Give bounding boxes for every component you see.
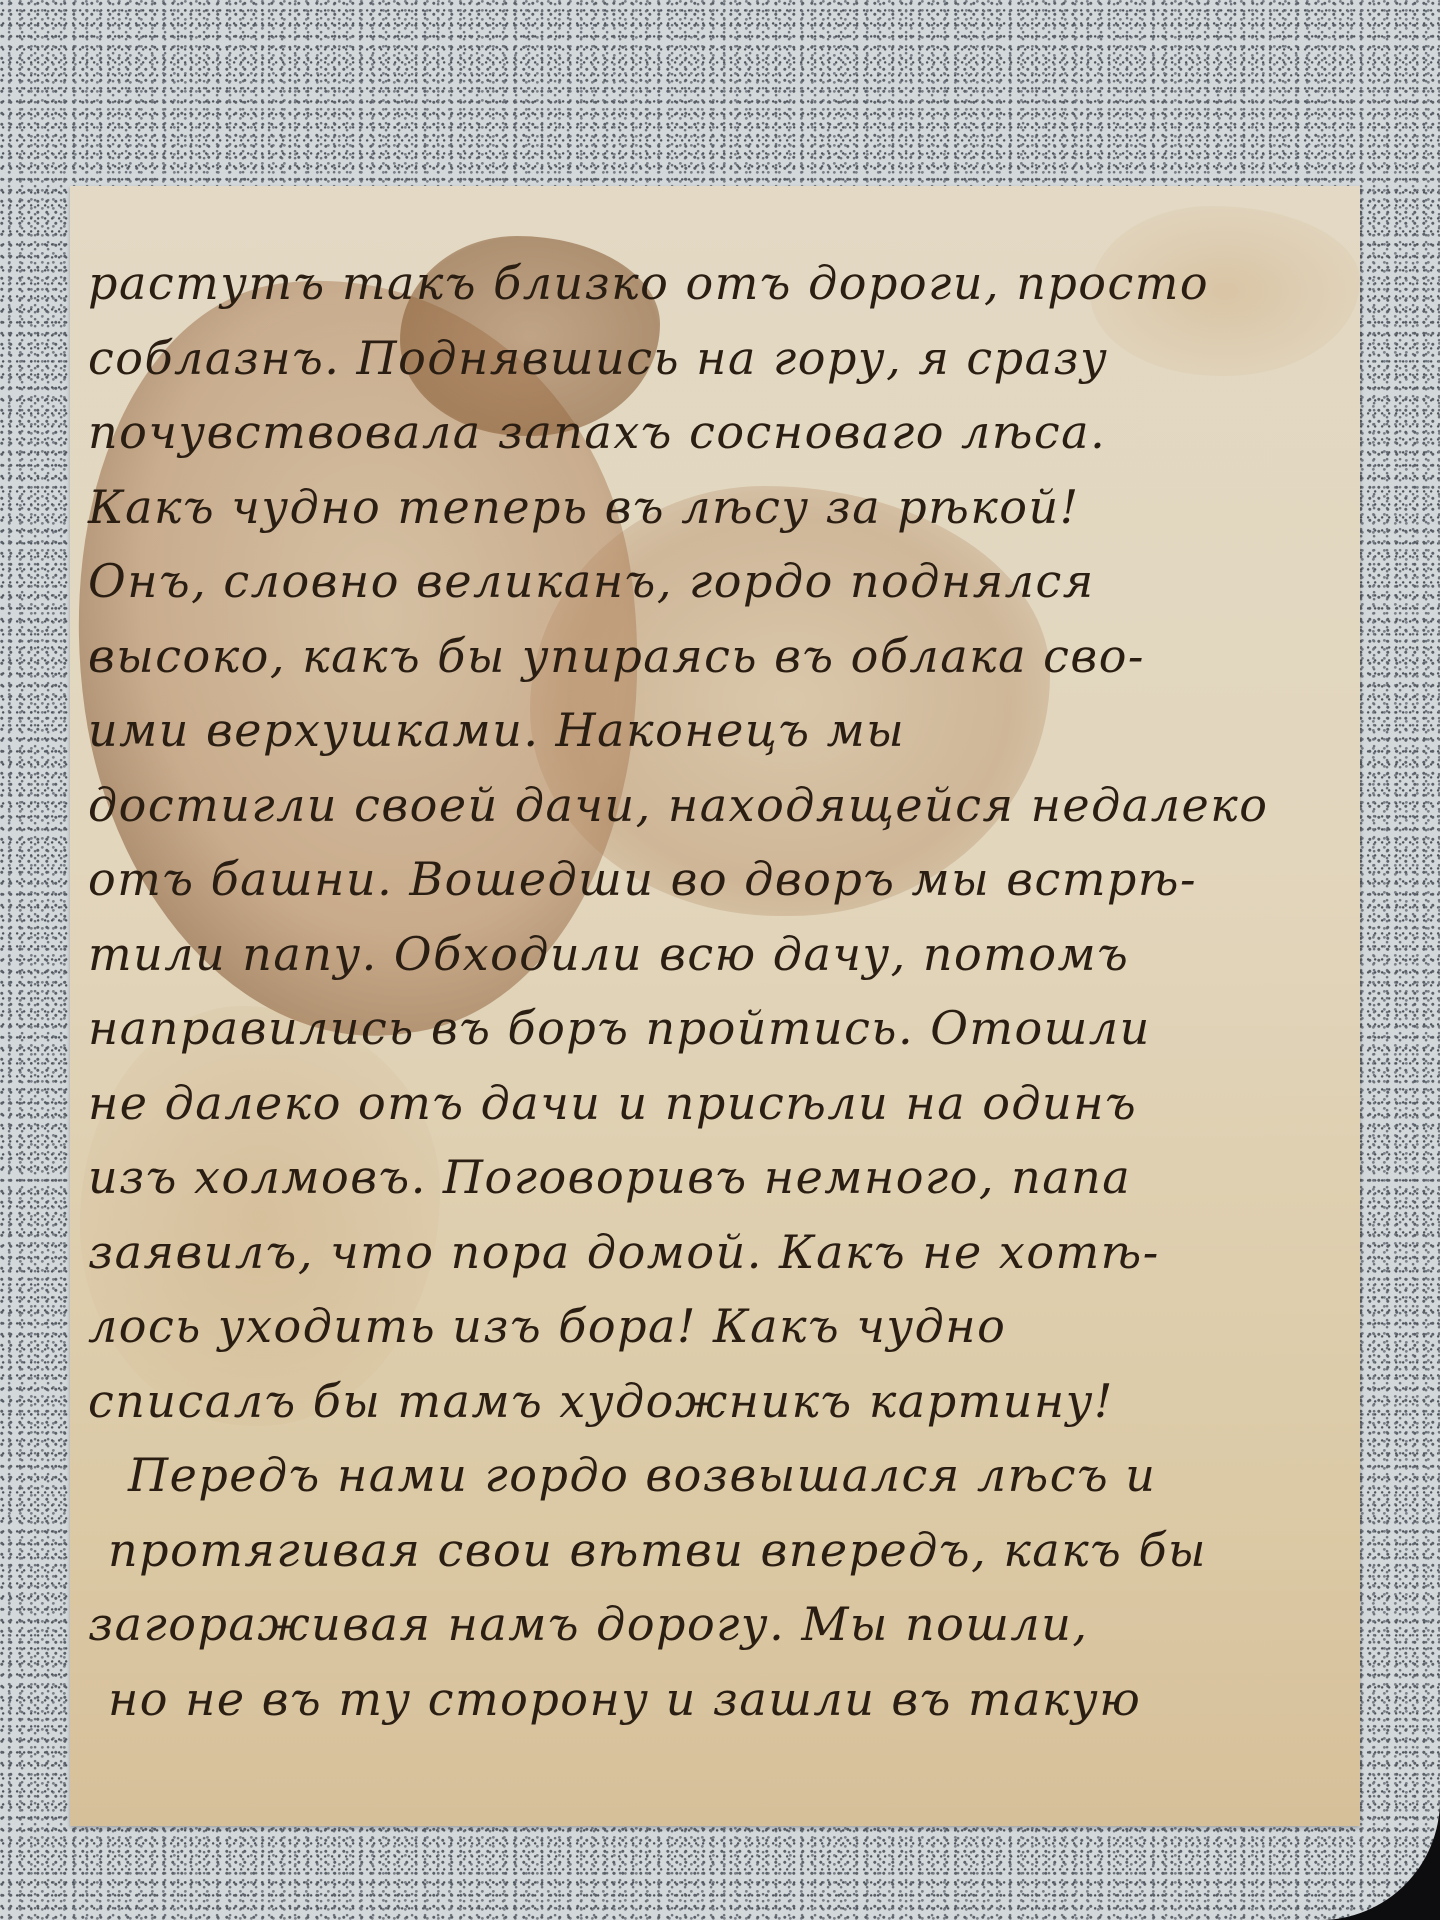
- text-line: Онъ, словно великанъ, гордо поднялся: [88, 544, 1343, 619]
- handwritten-text: растутъ такъ близко отъ дороги, просто с…: [88, 246, 1343, 1736]
- text-line: высоко, какъ бы упираясь въ облака сво-: [88, 619, 1343, 694]
- letter-page: растутъ такъ близко отъ дороги, просто с…: [70, 186, 1360, 1826]
- text-line: тили папу. Обходили всю дачу, потомъ: [88, 917, 1343, 992]
- text-line: заявилъ, что пора домой. Какъ не хотѣ-: [88, 1215, 1343, 1290]
- text-line: Передъ нами гордо возвышался лѣсъ и: [88, 1438, 1343, 1513]
- text-line: достигли своей дачи, находящейся недалек…: [88, 768, 1343, 843]
- text-line: растутъ такъ близко отъ дороги, просто: [88, 246, 1343, 321]
- text-line: соблазнъ. Поднявшись на гору, я сразу: [88, 321, 1343, 396]
- text-line: изъ холмовъ. Поговоривъ немного, папа: [88, 1140, 1343, 1215]
- text-line: отъ башни. Вошедши во дворъ мы встрѣ-: [88, 842, 1343, 917]
- text-line: не далеко отъ дачи и присѣли на одинъ: [88, 1066, 1343, 1141]
- text-line: протягивая свои вѣтви впередъ, какъ бы: [88, 1513, 1343, 1588]
- text-line: лось уходить изъ бора! Какъ чудно: [88, 1289, 1343, 1364]
- text-line: списалъ бы тамъ художникъ картину!: [88, 1364, 1343, 1439]
- text-line: почувствовала запахъ сосноваго лѣса.: [88, 395, 1343, 470]
- text-line: загораживая намъ дорогу. Мы пошли,: [88, 1587, 1343, 1662]
- text-line: ими верхушками. Наконецъ мы: [88, 693, 1343, 768]
- text-line: но не въ ту сторону и зашли въ такую: [88, 1662, 1343, 1737]
- text-line: Какъ чудно теперь въ лѣсу за рѣкой!: [88, 470, 1343, 545]
- text-line: направились въ боръ пройтись. Отошли: [88, 991, 1343, 1066]
